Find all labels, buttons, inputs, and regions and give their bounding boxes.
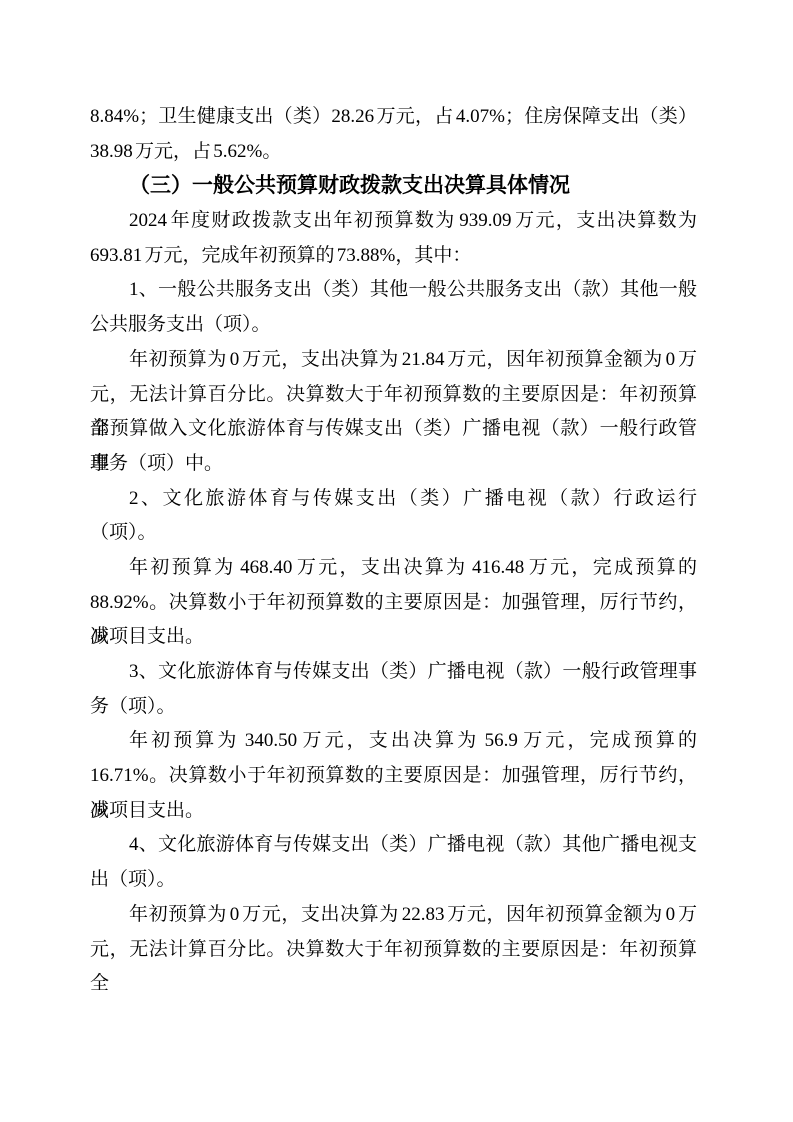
text-line: 年初预算为 0 万元，支出决算为 22.83 万元，因年初预算金额为 0 万: [90, 898, 697, 933]
text-line: （项）。: [90, 516, 697, 551]
text-line: 元，无法计算百分比。决算数大于年初预算数的主要原因是：年初预算全: [90, 933, 697, 968]
text-line: 16.71%。决算数小于年初预算数的主要原因是：加强管理，厉行节约，减: [90, 759, 697, 794]
text-line: 8.84%；卫生健康支出（类）28.26 万元，占 4.07%；住房保障支出（类…: [90, 100, 697, 135]
text-line: 务（项）。: [90, 690, 697, 725]
text-line: 年初预算为 0 万元，支出决算为 21.84 万元，因年初预算金额为 0 万: [90, 343, 697, 378]
text-line: 2024 年度财政拨款支出年初预算数为 939.09 万元，支出决算数为: [90, 204, 697, 239]
text-line: 1、一般公共服务支出（类）其他一般公共服务支出（款）其他一般: [90, 273, 697, 308]
text-line: 年初预算为 468.40 万元，支出决算为 416.48 万元，完成预算的: [90, 551, 697, 586]
page-body-text: 8.84%；卫生健康支出（类）28.26 万元，占 4.07%；住房保障支出（类…: [90, 100, 697, 967]
text-line: 部预算做入文化旅游体育与传媒支出（类）广播电视（款）一般行政管理: [90, 412, 697, 447]
text-line: 38.98 万元，占 5.62%。: [90, 135, 697, 170]
text-line: 公共服务支出（项）。: [90, 308, 697, 343]
text-line: 事务（项）中。: [90, 447, 697, 482]
text-line: 88.92%。决算数小于年初预算数的主要原因是：加强管理，厉行节约，减: [90, 586, 697, 621]
text-line: 少项目支出。: [90, 794, 697, 829]
text-line: 693.81 万元，完成年初预算的 73.88%，其中：: [90, 239, 697, 274]
text-line: 年初预算为 340.50 万元，支出决算为 56.9 万元，完成预算的: [90, 724, 697, 759]
text-line: 少项目支出。: [90, 620, 697, 655]
text-line: 出（项）。: [90, 863, 697, 898]
text-line: 4、文化旅游体育与传媒支出（类）广播电视（款）其他广播电视支: [90, 828, 697, 863]
section-heading: （三）一般公共预算财政拨款支出决算具体情况: [90, 169, 697, 204]
text-line: 2、文化旅游体育与传媒支出（类）广播电视（款）行政运行: [90, 482, 697, 517]
document-page: 8.84%；卫生健康支出（类）28.26 万元，占 4.07%；住房保障支出（类…: [0, 0, 793, 1122]
text-line: 3、文化旅游体育与传媒支出（类）广播电视（款）一般行政管理事: [90, 655, 697, 690]
text-line: 元，无法计算百分比。决算数大于年初预算数的主要原因是：年初预算全: [90, 378, 697, 413]
